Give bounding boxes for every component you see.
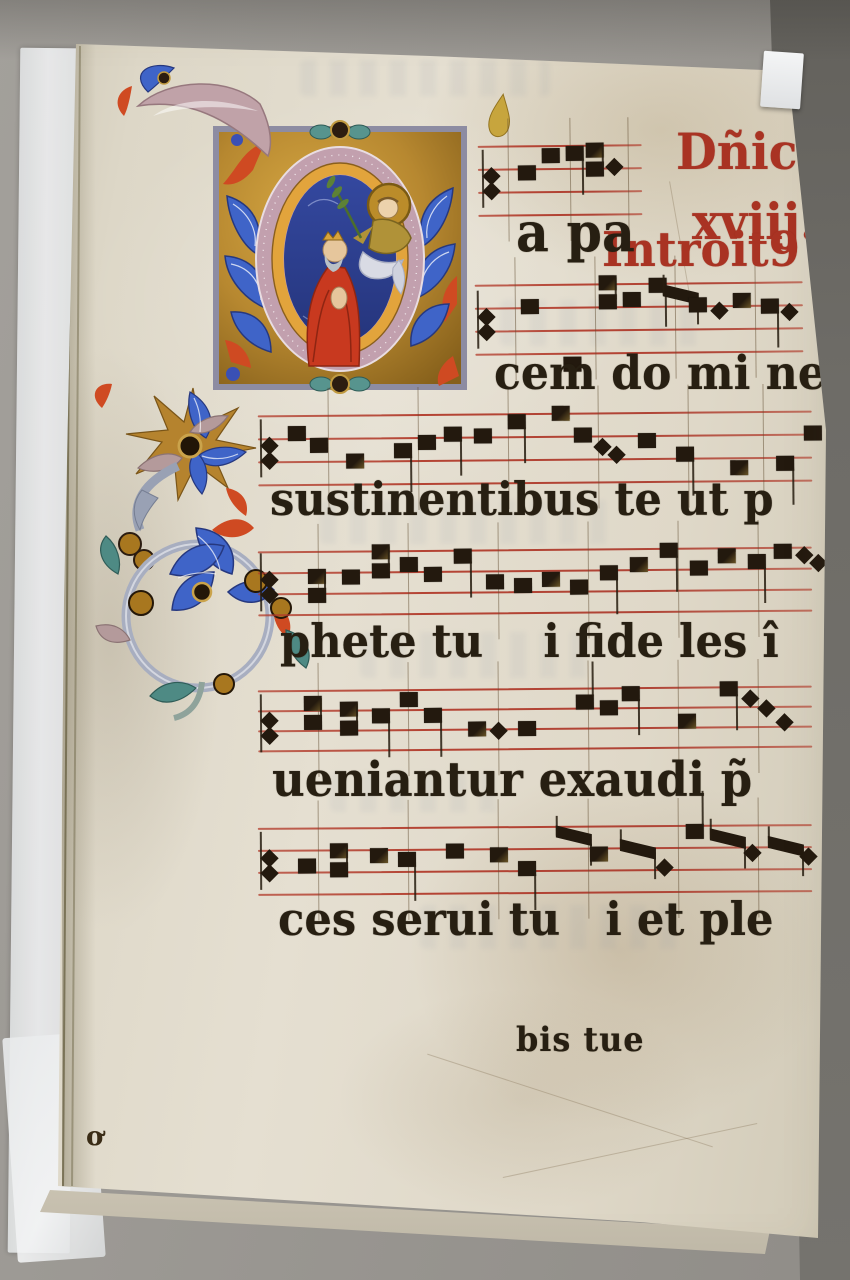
- neume-vu: [576, 694, 594, 709]
- neume-di: [757, 699, 775, 717]
- neume-vd: [616, 578, 618, 614]
- neume-sq: [542, 148, 560, 163]
- staff-line: [258, 824, 812, 830]
- neume-sq: [521, 299, 539, 314]
- staff-line: [258, 434, 812, 441]
- showthrough-text: [300, 60, 550, 96]
- wrinkle: [427, 1054, 713, 1148]
- neume-sq: [574, 428, 592, 443]
- wrinkle: [503, 1123, 758, 1178]
- neume-vu: [686, 824, 704, 839]
- rubric-dominica: Dñic.: [676, 122, 814, 181]
- lyric-line-5: ueniantur exaudi p̃: [272, 752, 752, 808]
- folio-mark: ơ: [86, 1122, 103, 1152]
- neume-pes: [602, 145, 604, 167]
- lyric-line-1: a pa: [516, 200, 635, 264]
- neume-ob: [620, 839, 656, 860]
- neume-sq: [370, 848, 388, 863]
- neume-vd: [582, 159, 584, 195]
- neume-sq: [418, 435, 436, 450]
- neume-sq: [346, 453, 364, 468]
- neume-sq: [718, 548, 736, 563]
- neume-sq: [690, 560, 708, 575]
- neume-vd: [524, 427, 526, 463]
- neume-sq: [542, 572, 560, 587]
- neume-sq: [310, 438, 328, 453]
- staff-5: [258, 686, 813, 751]
- neume-pes: [388, 546, 390, 568]
- neume-sq: [424, 567, 442, 582]
- neume-vd: [736, 694, 738, 730]
- neume-ob: [556, 816, 558, 836]
- staff-line: [478, 190, 642, 194]
- neume-ob: [768, 826, 770, 846]
- staff-line: [258, 589, 812, 596]
- gold-teardrop-mark: [486, 94, 514, 140]
- corner-foliage-spray: [108, 56, 278, 196]
- lyric-line-6: ces serui tu i et ple: [278, 892, 774, 946]
- neume-vd: [792, 469, 794, 505]
- neume-sq: [623, 292, 641, 307]
- neume-cl: [260, 586, 278, 604]
- neume-ob: [768, 836, 804, 857]
- neume-sq: [342, 570, 360, 585]
- star-flower: [95, 384, 256, 516]
- neume-cl: [260, 452, 278, 470]
- neume-sq: [490, 847, 508, 862]
- lyric-line-2: cem do mi ne: [494, 346, 826, 401]
- neume-sq: [774, 544, 792, 559]
- neume-sq: [474, 428, 492, 443]
- neume-sq: [298, 859, 316, 874]
- staff-line: [258, 411, 812, 418]
- neume-ob: [556, 825, 592, 846]
- neume-sq: [590, 846, 608, 861]
- neume-sq: [638, 433, 656, 448]
- text-guide-line: [757, 659, 759, 773]
- neume-sq: [804, 425, 822, 440]
- neume-pes: [356, 704, 358, 726]
- neume-di: [655, 858, 673, 876]
- neume-sq: [288, 426, 306, 441]
- neume-pes: [615, 277, 617, 299]
- neume-sq: [552, 406, 570, 421]
- staff-line: [258, 457, 812, 464]
- staff-line: [475, 281, 803, 286]
- neume-di: [741, 689, 759, 707]
- neume-sq: [400, 557, 418, 572]
- staff-line: [475, 327, 803, 332]
- neume-pes: [346, 845, 348, 867]
- neume-sq: [518, 721, 536, 736]
- neume-cl: [477, 323, 495, 341]
- neume-sq: [400, 692, 418, 707]
- neume-cl: [260, 864, 278, 882]
- neume-vd: [764, 567, 766, 603]
- mounting-tab: [760, 51, 804, 110]
- neume-vd: [638, 699, 640, 735]
- neume-vd: [676, 556, 678, 592]
- neume-di: [775, 713, 793, 731]
- neume-sq: [486, 574, 504, 589]
- neume-sq: [468, 721, 486, 736]
- manuscript-page: Dñic. xviij. Introit9 a pa cem do mi ne …: [0, 0, 850, 1280]
- staff-2: [475, 281, 804, 353]
- neume-sq: [678, 714, 696, 729]
- neume-vd: [777, 312, 779, 348]
- neume-di: [605, 158, 623, 176]
- neume-sq: [518, 165, 536, 180]
- neume-cl: [482, 182, 500, 200]
- neume-vd: [460, 440, 462, 476]
- lyric-line-7: bis tue: [516, 1020, 645, 1060]
- neume-sq: [600, 700, 618, 715]
- neume-pes: [320, 698, 322, 720]
- staff-6: [258, 824, 812, 894]
- neume-pes: [324, 571, 326, 593]
- neume-vd: [470, 562, 472, 598]
- neume-sq: [446, 843, 464, 858]
- neume-di: [489, 722, 507, 740]
- initial-finial-top: [310, 121, 370, 140]
- neume-sq: [514, 578, 532, 593]
- neume-ob: [710, 819, 712, 839]
- lyric-line-4: phete tu i fide les î: [280, 614, 779, 668]
- neume-ob: [620, 829, 622, 849]
- staff-4: [258, 547, 813, 615]
- neume-sq: [689, 297, 707, 312]
- neume-sq: [630, 557, 648, 572]
- neume-sq: [570, 580, 588, 595]
- neume-sq: [733, 293, 751, 308]
- lyric-line-3: sustinentibus te ut p: [270, 472, 774, 526]
